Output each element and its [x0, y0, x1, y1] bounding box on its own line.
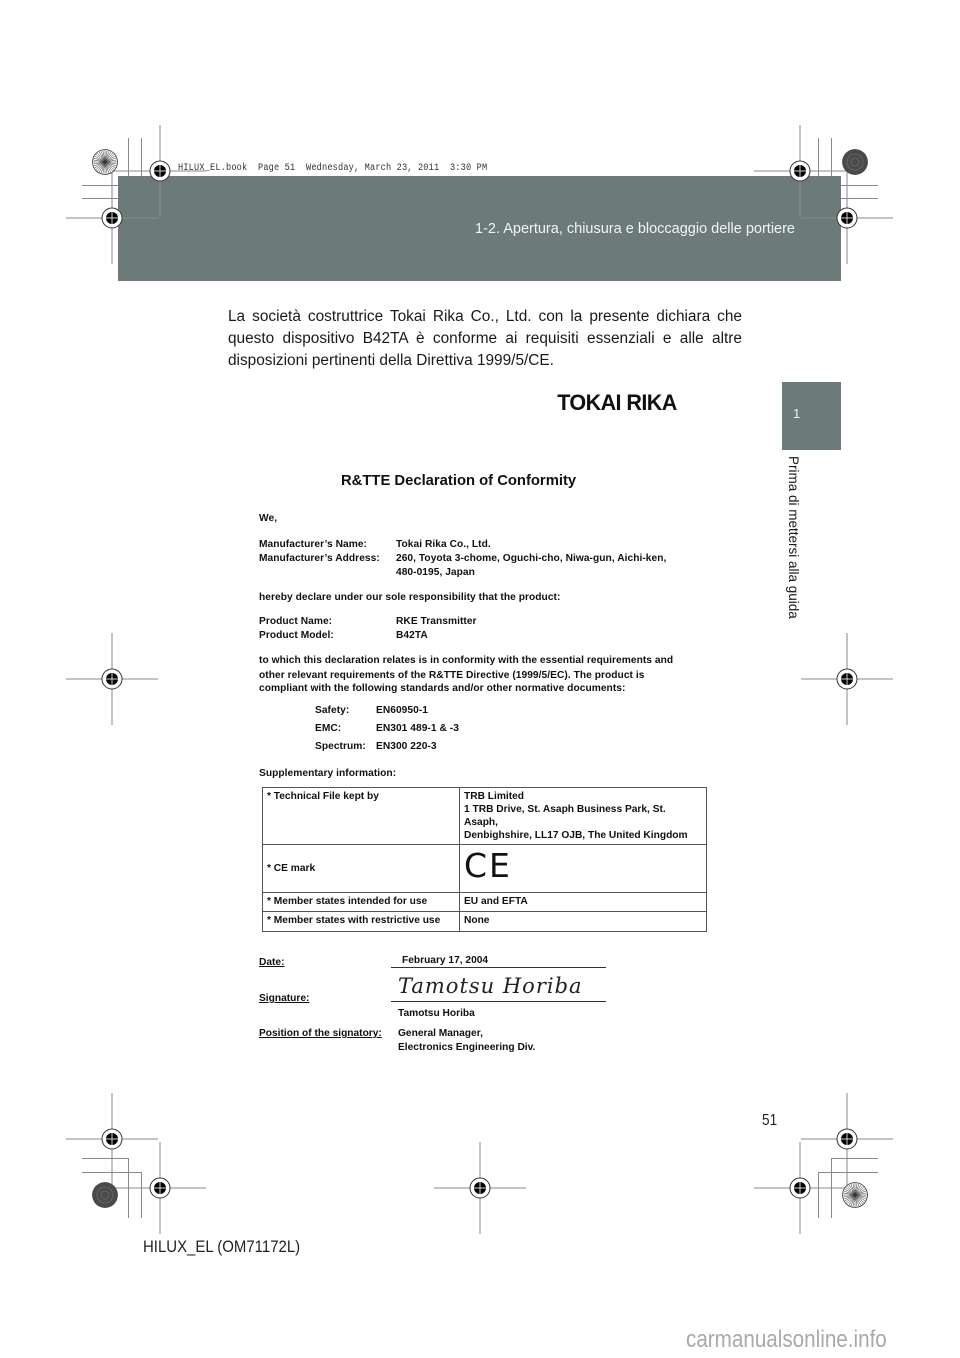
position-line1: General Manager, — [398, 1028, 483, 1039]
page-number: 51 — [762, 1112, 777, 1130]
table-cell-value: CE — [460, 845, 707, 893]
registration-mark-icon — [434, 1142, 526, 1234]
tokai-rika-logo: TOKAI RIKA — [557, 390, 676, 416]
manufacturer-address-line1: 260, Toyota 3-chome, Oguchi-cho, Niwa-gu… — [396, 553, 666, 564]
signature-label: Signature: — [259, 993, 309, 1004]
table-row: * Technical File kept by TRB Limited 1 T… — [263, 788, 707, 845]
table-cell-value: TRB Limited 1 TRB Drive, St. Asaph Busin… — [460, 788, 707, 845]
registration-mark-icon — [114, 1142, 206, 1234]
standard-value: EN60950-1 — [376, 705, 428, 716]
registration-mark-icon — [801, 172, 893, 264]
standard-label: Spectrum: — [315, 741, 366, 752]
registration-mark-icon — [754, 1142, 846, 1234]
product-model-label: Product Model: — [259, 630, 334, 641]
chapter-label: Prima di mettersi alla guida — [786, 456, 801, 619]
tech-file-line: Denbighshire, LL17 OJB, The United Kingd… — [464, 829, 702, 842]
product-name: RKE Transmitter — [396, 616, 477, 627]
table-row: * Member states intended for use EU and … — [263, 893, 707, 912]
table-cell-label: * Technical File kept by — [263, 788, 460, 845]
standard-value: EN300 220-3 — [376, 741, 437, 752]
manufacturer-address-label: Manufacturer’s Address: — [259, 553, 380, 564]
date-rule — [391, 967, 606, 968]
product-model: B42TA — [396, 630, 428, 641]
position-label: Position of the signatory: — [259, 1028, 382, 1039]
sunburst-icon — [842, 1182, 868, 1208]
date-value: February 17, 2004 — [402, 955, 488, 966]
table-row: * CE mark CE — [263, 845, 707, 893]
dark-disc-icon — [92, 1182, 118, 1208]
registration-mark-icon — [801, 633, 893, 725]
registration-mark-icon — [66, 172, 158, 264]
registration-mark-icon — [66, 633, 158, 725]
manufacturer-name-label: Manufacturer’s Name: — [259, 539, 367, 550]
watermark: carmanualsonline.info — [686, 1326, 887, 1354]
supplementary-table: * Technical File kept by TRB Limited 1 T… — [262, 787, 707, 932]
table-cell-label: * Member states with restrictive use — [263, 912, 460, 932]
standard-value: EN301 489-1 & -3 — [376, 723, 459, 734]
table-row: * Member states with restrictive use Non… — [263, 912, 707, 932]
table-cell-label: * Member states intended for use — [263, 893, 460, 912]
dark-disc-icon — [842, 149, 868, 175]
we-text: We, — [259, 513, 277, 524]
print-info: HILUX_EL.book Page 51 Wednesday, March 2… — [178, 163, 487, 174]
sunburst-icon — [92, 149, 118, 175]
table-cell-label: * CE mark — [263, 845, 460, 893]
declare-text: hereby declare under our sole responsibi… — [259, 592, 560, 603]
conformity-line: to which this declaration relates is in … — [259, 655, 673, 666]
table-cell-value: None — [460, 912, 707, 932]
signatory-name: Tamotsu Horiba — [398, 1008, 475, 1019]
conformity-line: other relevant requirements of the R&TTE… — [259, 670, 644, 681]
chapter-number: 1 — [793, 406, 800, 421]
manufacturer-address-line2: 480-0195, Japan — [396, 567, 475, 578]
table-cell-value: EU and EFTA — [460, 893, 707, 912]
position-line2: Electronics Engineering Div. — [398, 1042, 535, 1053]
conformity-line: compliant with the following standards a… — [259, 683, 625, 694]
signature-rule — [391, 1001, 606, 1002]
signature: Tamotsu Horiba — [398, 974, 583, 998]
supplementary-label: Supplementary information: — [259, 768, 396, 779]
chapter-tab — [782, 382, 841, 450]
standard-label: EMC: — [315, 723, 341, 734]
tech-file-line: 1 TRB Drive, St. Asaph Business Park, St… — [464, 803, 702, 829]
standard-label: Safety: — [315, 705, 349, 716]
tech-file-line: TRB Limited — [464, 790, 702, 803]
model-code: HILUX_EL (OM71172L) — [143, 1237, 300, 1257]
section-title: 1-2. Apertura, chiusura e bloccaggio del… — [475, 221, 795, 237]
date-label: Date: — [259, 957, 284, 968]
ce-mark-icon: CE — [464, 846, 512, 885]
manufacturer-name: Tokai Rika Co., Ltd. — [396, 539, 491, 550]
product-name-label: Product Name: — [259, 616, 332, 627]
intro-paragraph: La società costruttrice Tokai Rika Co., … — [228, 306, 742, 372]
declaration-title: R&TTE Declaration of Conformity — [341, 473, 576, 489]
